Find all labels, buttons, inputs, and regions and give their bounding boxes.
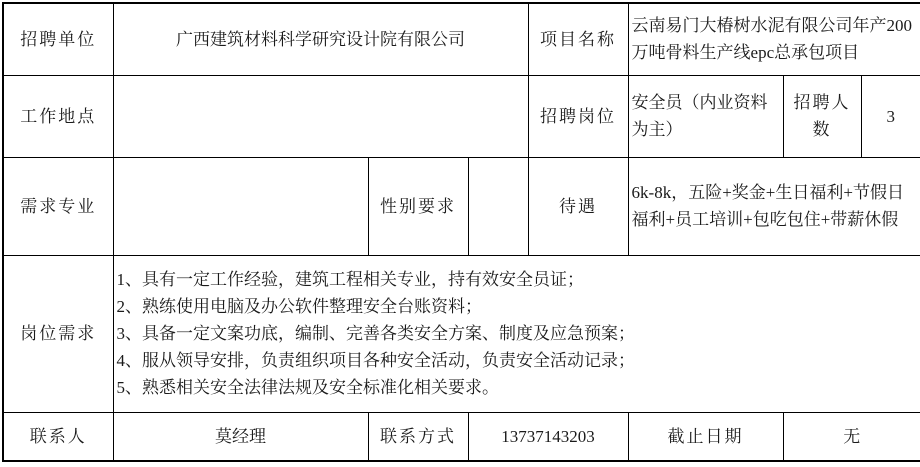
requirement-item: 5、熟悉相关安全法律法规及安全标准化相关要求。 <box>117 374 918 401</box>
deadline-value: 无 <box>783 412 920 461</box>
requirement-item: 3、具备一定文案功底，编制、完善各类安全方案、制度及应急预案； <box>117 320 918 347</box>
work-location-label: 工作地点 <box>3 75 113 157</box>
recruiting-unit-label: 招聘单位 <box>3 3 113 75</box>
contact-person-value: 莫经理 <box>113 412 368 461</box>
headcount-value: 3 <box>861 75 920 157</box>
requirement-item: 4、服从领导安排，负责组织项目各种安全活动，负责安全活动记录； <box>117 347 918 374</box>
deadline-label: 截止日期 <box>628 412 783 461</box>
gender-requirement-label: 性别要求 <box>368 157 468 255</box>
job-requirements-list: 1、具有一定工作经验，建筑工程相关专业，持有效安全员证； 2、熟练使用电脑及办公… <box>113 255 920 412</box>
job-requirements-label: 岗位需求 <box>3 255 113 412</box>
requirement-item: 2、熟练使用电脑及办公软件整理安全台账资料； <box>117 293 918 320</box>
salary-label: 待遇 <box>528 157 628 255</box>
recruitment-table-sheet: 招聘单位 广西建筑材料科学研究设计院有限公司 项目名称 云南易门大椿树水泥有限公… <box>0 0 920 462</box>
table-row: 联系人 莫经理 联系方式 13737143203 截止日期 无 <box>3 412 920 461</box>
table-row: 工作地点 招聘岗位 安全员（内业资料为主） 招聘人数 3 <box>3 75 920 157</box>
work-location-value <box>113 75 528 157</box>
job-position-label: 招聘岗位 <box>528 75 628 157</box>
contact-person-label: 联系人 <box>3 412 113 461</box>
project-name-value: 云南易门大椿树水泥有限公司年产200万吨骨料生产线epc总承包项目 <box>628 3 920 75</box>
contact-phone-value: 13737143203 <box>468 412 628 461</box>
required-major-value <box>113 157 368 255</box>
table-row: 招聘单位 广西建筑材料科学研究设计院有限公司 项目名称 云南易门大椿树水泥有限公… <box>3 3 920 75</box>
job-position-value: 安全员（内业资料为主） <box>628 75 783 157</box>
recruiting-unit-value: 广西建筑材料科学研究设计院有限公司 <box>113 3 528 75</box>
headcount-label: 招聘人数 <box>783 75 861 157</box>
required-major-label: 需求专业 <box>3 157 113 255</box>
project-name-label: 项目名称 <box>528 3 628 75</box>
table-row: 需求专业 性别要求 待遇 6k-8k，五险+奖金+生日福利+节假日福利+员工培训… <box>3 157 920 255</box>
recruitment-table: 招聘单位 广西建筑材料科学研究设计院有限公司 项目名称 云南易门大椿树水泥有限公… <box>2 2 920 462</box>
salary-value: 6k-8k，五险+奖金+生日福利+节假日福利+员工培训+包吃包住+带薪休假 <box>628 157 920 255</box>
requirement-item: 1、具有一定工作经验，建筑工程相关专业，持有效安全员证； <box>117 266 918 293</box>
table-row: 岗位需求 1、具有一定工作经验，建筑工程相关专业，持有效安全员证； 2、熟练使用… <box>3 255 920 412</box>
contact-method-label: 联系方式 <box>368 412 468 461</box>
gender-requirement-value <box>468 157 528 255</box>
